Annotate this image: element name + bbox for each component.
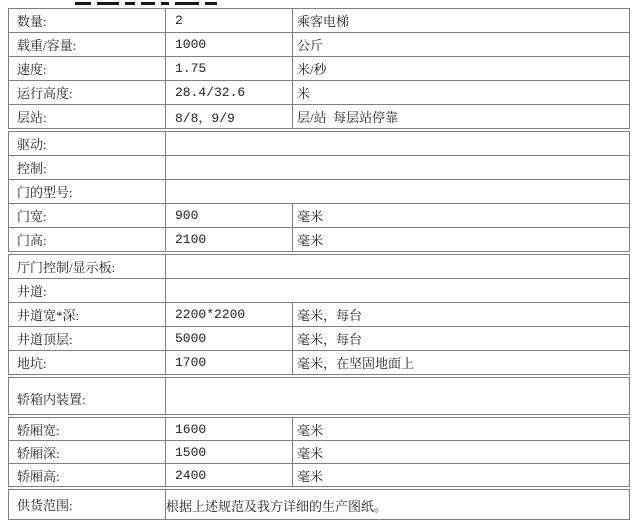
spec-value: 2100 xyxy=(166,228,293,252)
spec-unit: 米 xyxy=(293,81,630,105)
spec-value: 1000 xyxy=(166,33,293,57)
table-row: 控制: xyxy=(9,156,630,180)
table-row: 载重/容量: 1000 公斤 xyxy=(9,33,630,57)
spec-label: 门的型号: xyxy=(9,180,166,204)
spec-label: 井道顶层: xyxy=(9,327,166,351)
spec-value: 1700 xyxy=(166,351,293,375)
table-row: 层站: 8/8，9/9 层/站 每层站停靠 xyxy=(9,105,630,129)
heading-stroke xyxy=(125,2,135,5)
spec-table-section-3: 厅门控制/显示板: 井道: 井道宽*深: 2200*2200 毫米，每台 井道顶… xyxy=(8,254,630,375)
spec-value: 2 xyxy=(166,9,293,33)
table-row: 轿箱内装置: xyxy=(9,378,630,415)
table-row: 供货范围: 根据上述规范及我方详细的生产图纸。 xyxy=(9,490,630,520)
table-row: 驱动: xyxy=(9,132,630,156)
table-row: 厅门控制/显示板: xyxy=(9,255,630,279)
table-row: 轿厢深: 1500 毫米 xyxy=(9,441,630,464)
spec-value: 900 xyxy=(166,204,293,228)
cropped-heading-fragment xyxy=(75,0,240,5)
table-row: 门宽: 900 毫米 xyxy=(9,204,630,228)
spec-value: 2400 xyxy=(166,464,293,487)
spec-unit: 米/秒 xyxy=(293,57,630,81)
spec-unit: 毫米 xyxy=(293,418,630,441)
spec-unit: 毫米，每台 xyxy=(293,327,630,351)
spec-value: 28.4/32.6 xyxy=(166,81,293,105)
spec-label: 驱动: xyxy=(9,132,166,156)
table-row: 速度: 1.75 米/秒 xyxy=(9,57,630,81)
spec-unit: 毫米 xyxy=(293,464,630,487)
table-row: 井道: xyxy=(9,279,630,303)
table-row: 门的型号: xyxy=(9,180,630,204)
spec-label: 轿厢深: xyxy=(9,441,166,464)
spec-table-section-4: 轿箱内装置: xyxy=(8,377,630,415)
spec-label: 轿厢高: xyxy=(9,464,166,487)
spec-label: 层站: xyxy=(9,105,166,129)
spec-label: 数量: xyxy=(9,9,166,33)
spec-label: 轿厢宽: xyxy=(9,418,166,441)
table-row: 数量: 2 乘客电梯 xyxy=(9,9,630,33)
spec-value: 1600 xyxy=(166,418,293,441)
spec-value xyxy=(166,378,630,415)
spec-value: 5000 xyxy=(166,327,293,351)
spec-document: 数量: 2 乘客电梯 载重/容量: 1000 公斤 速度: 1.75 米/秒 运… xyxy=(8,8,630,522)
heading-stroke xyxy=(75,2,91,5)
spec-label: 运行高度: xyxy=(9,81,166,105)
spec-table-section-2: 驱动: 控制: 门的型号: 门宽: 900 毫米 门高: 2100 毫米 xyxy=(8,131,630,252)
spec-unit: 乘客电梯 xyxy=(293,9,630,33)
spec-label: 地坑: xyxy=(9,351,166,375)
spec-value xyxy=(166,180,630,204)
spec-table-section-5: 轿厢宽: 1600 毫米 轿厢深: 1500 毫米 轿厢高: 2400 毫米 xyxy=(8,417,630,487)
heading-stroke xyxy=(161,2,169,5)
spec-unit: 层/站 每层站停靠 xyxy=(293,105,630,129)
spec-label: 门宽: xyxy=(9,204,166,228)
spec-value xyxy=(166,132,630,156)
spec-unit: 公斤 xyxy=(293,33,630,57)
table-row: 运行高度: 28.4/32.6 米 xyxy=(9,81,630,105)
spec-value: 根据上述规范及我方详细的生产图纸。 xyxy=(166,490,630,520)
spec-label: 控制: xyxy=(9,156,166,180)
table-row: 地坑: 1700 毫米，在坚固地面上 xyxy=(9,351,630,375)
spec-value xyxy=(166,279,630,303)
table-row: 井道顶层: 5000 毫米，每台 xyxy=(9,327,630,351)
spec-label: 井道宽*深: xyxy=(9,303,166,327)
table-row: 轿厢宽: 1600 毫米 xyxy=(9,418,630,441)
table-row: 轿厢高: 2400 毫米 xyxy=(9,464,630,487)
spec-value: 2200*2200 xyxy=(166,303,293,327)
spec-unit: 毫米 xyxy=(293,204,630,228)
spec-value xyxy=(166,156,630,180)
spec-value: 1.75 xyxy=(166,57,293,81)
spec-unit: 毫米，在坚固地面上 xyxy=(293,351,630,375)
spec-unit: 毫米 xyxy=(293,228,630,252)
heading-stroke xyxy=(175,2,199,5)
spec-value: 1500 xyxy=(166,441,293,464)
table-row: 门高: 2100 毫米 xyxy=(9,228,630,252)
spec-unit: 毫米，每台 xyxy=(293,303,630,327)
spec-value xyxy=(166,255,630,279)
spec-label: 轿箱内装置: xyxy=(9,378,166,415)
spec-label: 门高: xyxy=(9,228,166,252)
spec-label: 速度: xyxy=(9,57,166,81)
heading-stroke xyxy=(141,2,155,5)
spec-unit: 毫米 xyxy=(293,441,630,464)
heading-stroke xyxy=(205,2,217,5)
spec-table-section-1: 数量: 2 乘客电梯 载重/容量: 1000 公斤 速度: 1.75 米/秒 运… xyxy=(8,8,630,129)
table-row: 井道宽*深: 2200*2200 毫米，每台 xyxy=(9,303,630,327)
spec-label: 供货范围: xyxy=(9,490,166,520)
spec-label: 载重/容量: xyxy=(9,33,166,57)
spec-value: 8/8，9/9 xyxy=(166,105,293,129)
spec-label: 井道: xyxy=(9,279,166,303)
heading-stroke xyxy=(97,2,119,5)
spec-table-section-6: 供货范围: 根据上述规范及我方详细的生产图纸。 xyxy=(8,489,630,520)
spec-label: 厅门控制/显示板: xyxy=(9,255,166,279)
